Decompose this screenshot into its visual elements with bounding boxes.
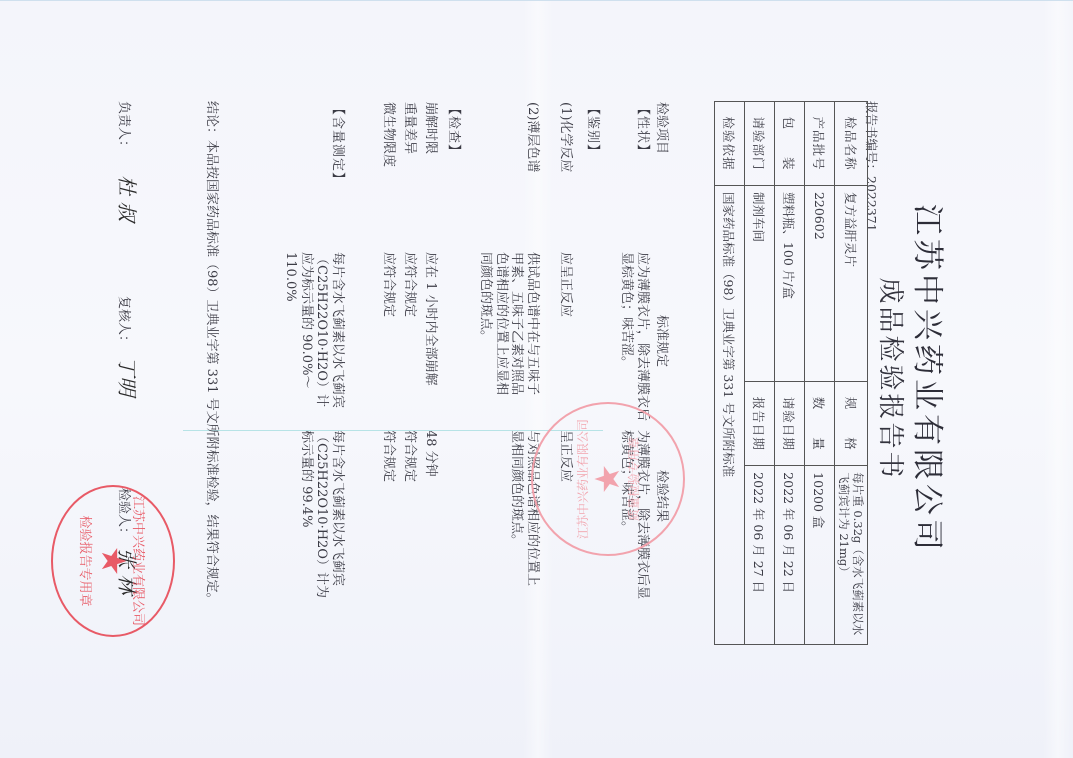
package-value: 塑料瓶、100 片/盒 bbox=[775, 185, 805, 381]
responsible-signature: 杜 叔 bbox=[115, 175, 139, 221]
request-date-label: 请验日期 bbox=[775, 382, 805, 466]
star-icon: ★ bbox=[96, 546, 130, 576]
report-date-value: 2022 年 06 月 27 日 bbox=[745, 466, 775, 645]
header-item: 检验项目 bbox=[654, 102, 670, 252]
section-appearance: 【性状】 bbox=[635, 102, 651, 252]
basis-value: 国家药品标准（98）卫典业字第 331 号文所附标准 bbox=[715, 185, 745, 644]
microbial-limit-result: 符合规定 bbox=[381, 430, 397, 595]
reviewer-signature: 丁明 bbox=[115, 356, 139, 396]
scan-guide-line bbox=[183, 430, 603, 431]
disintegration-item: 崩解时限 bbox=[423, 102, 439, 252]
quality-inspection-stamp: 江苏中兴药业有限公司 ★ 质量检验专用章 bbox=[531, 402, 685, 556]
disintegration-result: 48 分钟 bbox=[423, 430, 439, 595]
weight-variation-item: 重量差异 bbox=[402, 102, 418, 252]
weight-variation-result: 符合规定 bbox=[402, 430, 418, 595]
table-row: 产品批号 220602 数 量 10200 盒 bbox=[805, 102, 835, 645]
basis-label: 检验依据 bbox=[715, 102, 745, 186]
request-dept-value: 制剂车间 bbox=[745, 185, 775, 381]
stamp-bottom-text: 质量检验专用章 bbox=[625, 437, 642, 521]
id-tlc-item: (2)薄层色谱 bbox=[525, 102, 541, 252]
conclusion-text: 结论：本品按国家药品标准（98）卫典业字第 331 号文所附标准检验，结果符合规… bbox=[203, 101, 220, 621]
table-row: 检验依据 国家药品标准（98）卫典业字第 331 号文所附标准 bbox=[715, 102, 745, 645]
batch-value: 220602 bbox=[805, 185, 835, 381]
reviewer: 复核人： 丁明 bbox=[114, 296, 143, 396]
star-icon: ★ bbox=[591, 464, 625, 494]
table-row: 检品名称 复方益肝灵片 规 格 每片重 0.32g（含水飞蓟素以水飞蓟宾计为 2… bbox=[835, 102, 868, 645]
request-date-value: 2022 年 06 月 22 日 bbox=[775, 466, 805, 645]
product-info-table: 检品名称 复方益肝灵片 规 格 每片重 0.32g（含水飞蓟素以水飞蓟宾计为 2… bbox=[714, 101, 868, 645]
weight-variation-standard: 应符合规定 bbox=[402, 252, 418, 407]
scan-fold-shadow bbox=[1043, 0, 1073, 758]
section-inspection: 【检查】 bbox=[446, 102, 462, 252]
assay-result: 每片含水飞蓟素以水飞蓟宾（C25H22O10·H2O）计为标示量的 99.4% bbox=[299, 430, 346, 600]
company-name: 江苏中兴药业有限公司 bbox=[908, 0, 953, 758]
spec-value: 每片重 0.32g（含水飞蓟素以水飞蓟宾计为 21mg） bbox=[835, 466, 868, 645]
id-chemical-item: (1)化学反应 bbox=[558, 102, 574, 252]
product-name-label: 检品名称 bbox=[835, 102, 868, 186]
page-edge-line bbox=[0, 0, 1073, 1]
reviewer-label: 复核人： bbox=[116, 296, 131, 348]
quantity-value: 10200 盒 bbox=[805, 466, 835, 645]
header-standard: 标准规定 bbox=[654, 315, 670, 367]
inspection-report-stamp: 江苏中兴药业有限公司 ★ 检验报告专用章 bbox=[51, 485, 175, 637]
section-assay: 【含量测定】 bbox=[330, 102, 346, 252]
table-row: 包 装 塑料瓶、100 片/盒 请验日期 2022 年 06 月 22 日 bbox=[775, 102, 805, 645]
assay-standard: 每片含水飞蓟素以水飞蓟宾（C25H22O10·H2O）计应为标示量的 90.0%… bbox=[283, 252, 345, 417]
microbial-limit-standard: 应符合规定 bbox=[381, 252, 397, 407]
id-chemical-standard: 应呈正反应 bbox=[558, 252, 574, 407]
spec-label: 规 格 bbox=[835, 382, 868, 466]
stamp-bottom-text: 检验报告专用章 bbox=[77, 515, 96, 606]
responsible-label: 负责人： bbox=[116, 101, 131, 153]
table-row: 请验部门 制剂车间 报告日期 2022 年 06 月 27 日 bbox=[745, 102, 775, 645]
id-tlc-standard: 供试品色谱中在与五味子甲素、五味子乙素对照品色谱相应的位置上应显相同颜色的斑点。 bbox=[478, 252, 540, 407]
disintegration-standard: 应在 1 小时内全部崩解 bbox=[423, 252, 439, 407]
batch-label: 产品批号 bbox=[805, 102, 835, 186]
report-page: 江苏中兴药业有限公司 成品检验报告书 报告书编号：2022371 检品名称 复方… bbox=[0, 0, 1073, 758]
product-name-value: 复方益肝灵片 bbox=[835, 185, 868, 381]
report-date-label: 报告日期 bbox=[745, 382, 775, 466]
responsible-person: 负责人： 杜 叔 bbox=[114, 101, 143, 222]
quantity-label: 数 量 bbox=[805, 382, 835, 466]
package-label: 包 装 bbox=[775, 102, 805, 186]
microbial-limit-item: 微生物限度 bbox=[381, 102, 397, 252]
request-dept-label: 请验部门 bbox=[745, 102, 775, 186]
section-identification: 【鉴别】 bbox=[585, 102, 601, 252]
